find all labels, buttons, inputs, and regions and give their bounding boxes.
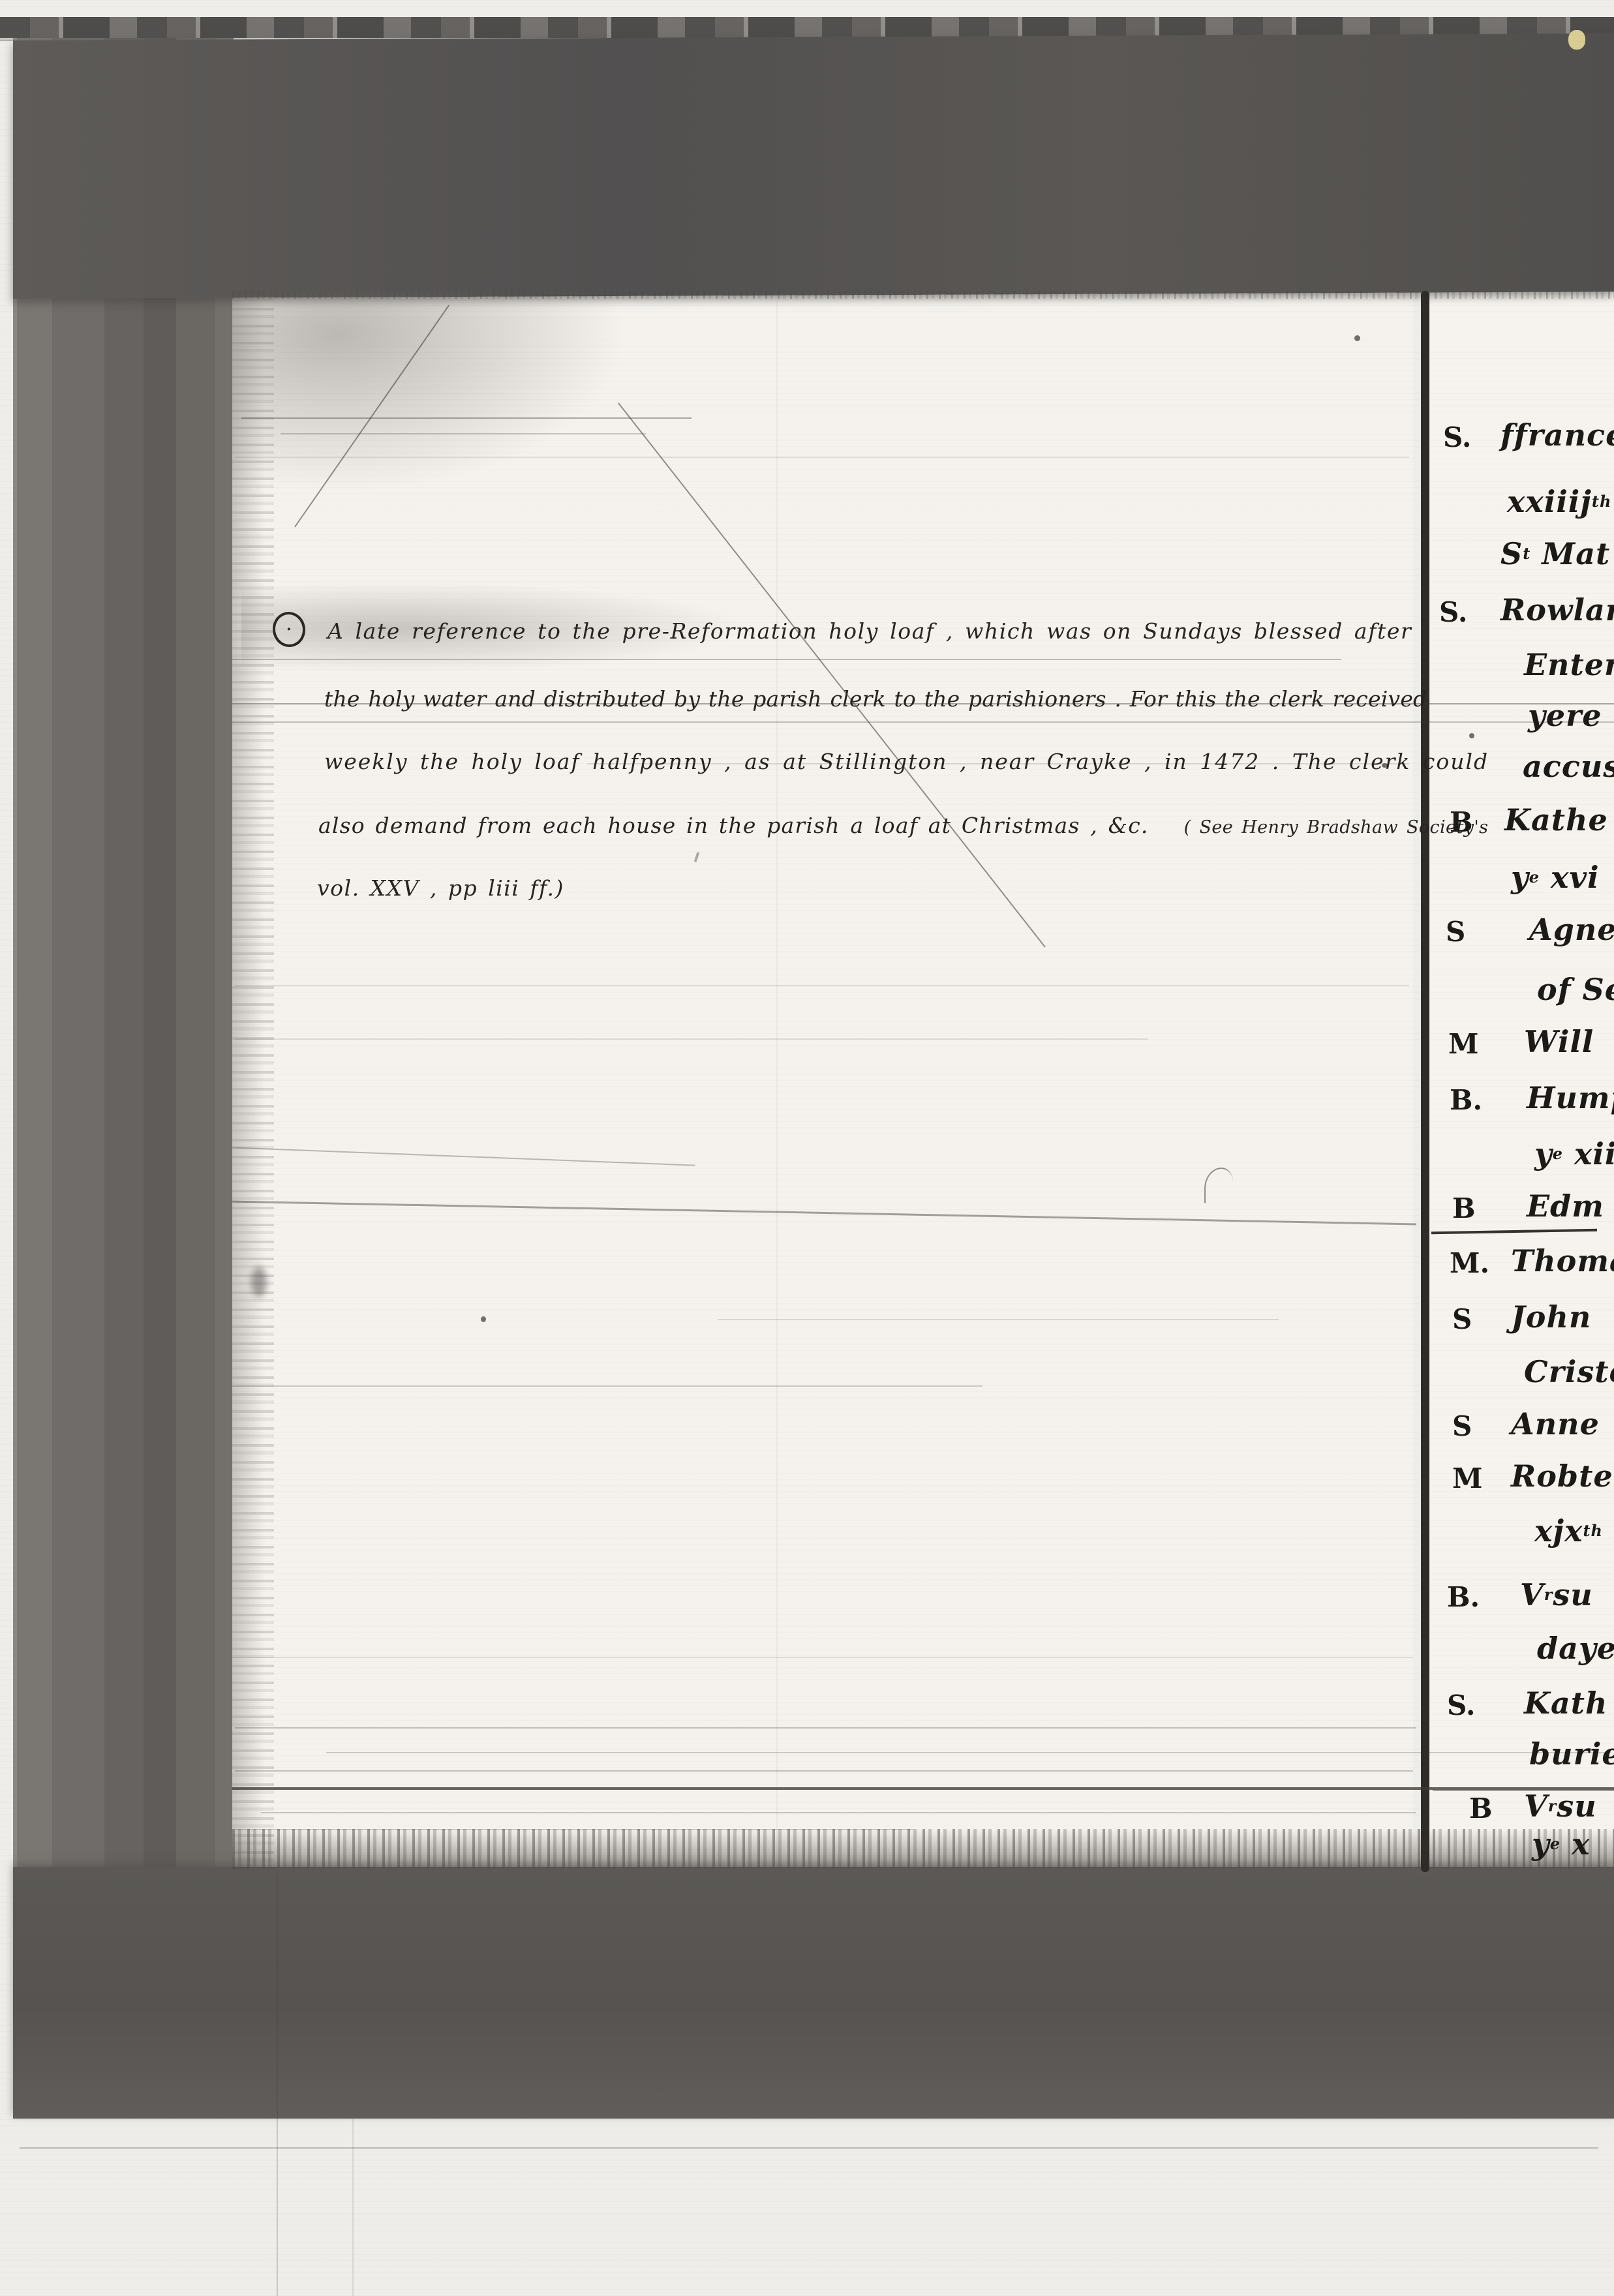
scan-line [718, 1319, 1279, 1320]
copy-shadow-top-band [13, 33, 1614, 299]
tape-speck [1568, 30, 1585, 50]
scan-line-vertical [352, 2119, 354, 2296]
scan-line [235, 1038, 1148, 1040]
scan-line [20, 2147, 1598, 2149]
smudge [251, 1267, 267, 1297]
scan-line-vertical [277, 1873, 278, 2296]
scan-line [235, 1829, 913, 1830]
ink-speck [1469, 733, 1474, 738]
note-line-4-citation: ( See Henry Bradshaw Society's [1184, 817, 1489, 838]
gray-wash-corner [232, 291, 650, 506]
register-page [232, 287, 1413, 1873]
photocopy-scan: · A late reference to the pre-Reformatio… [0, 0, 1614, 2296]
scan-line [232, 721, 1614, 723]
ink-speck [481, 1316, 486, 1322]
circled-note-marker-glyph: · [285, 621, 292, 639]
note-line-5: vol. XXV , pp liii ff.) [317, 875, 564, 901]
note-line-3: weekly the holy loaf halfpenny , as at S… [324, 749, 1489, 774]
scan-line [241, 417, 692, 419]
scan-line-vertical [776, 300, 778, 1865]
note-line-4: also demand from each house in the paris… [318, 813, 1488, 838]
ruled-line-strong [1433, 1790, 1614, 1791]
copy-shadow-left-band [13, 38, 234, 2119]
adjacent-page-column [1430, 284, 1614, 1873]
note-line-1: A late reference to the pre-Reformation … [327, 618, 1412, 644]
margin-rule-line [1421, 291, 1429, 1872]
scan-line [235, 1727, 1416, 1729]
speckle-fringe-left [232, 291, 274, 1869]
scan-line [281, 433, 646, 434]
scan-line [235, 985, 1409, 986]
ink-speck [1354, 335, 1360, 341]
scan-line [235, 1770, 1413, 1772]
scan-line [326, 1752, 1611, 1753]
scan-line [232, 659, 1341, 660]
scan-line [235, 457, 1409, 458]
copy-shadow-bottom-band [13, 1867, 1614, 2119]
scan-line [261, 1812, 1416, 1813]
note-line-2: the holy water and distributed by the pa… [324, 686, 1427, 712]
scan-line [232, 1657, 1413, 1658]
speckle-fringe-bottom [232, 1829, 1614, 1868]
ruled-line-strong [232, 1787, 1614, 1790]
note-line-4-main: also demand from each house in the paris… [318, 813, 1149, 838]
scan-line [232, 1385, 982, 1387]
